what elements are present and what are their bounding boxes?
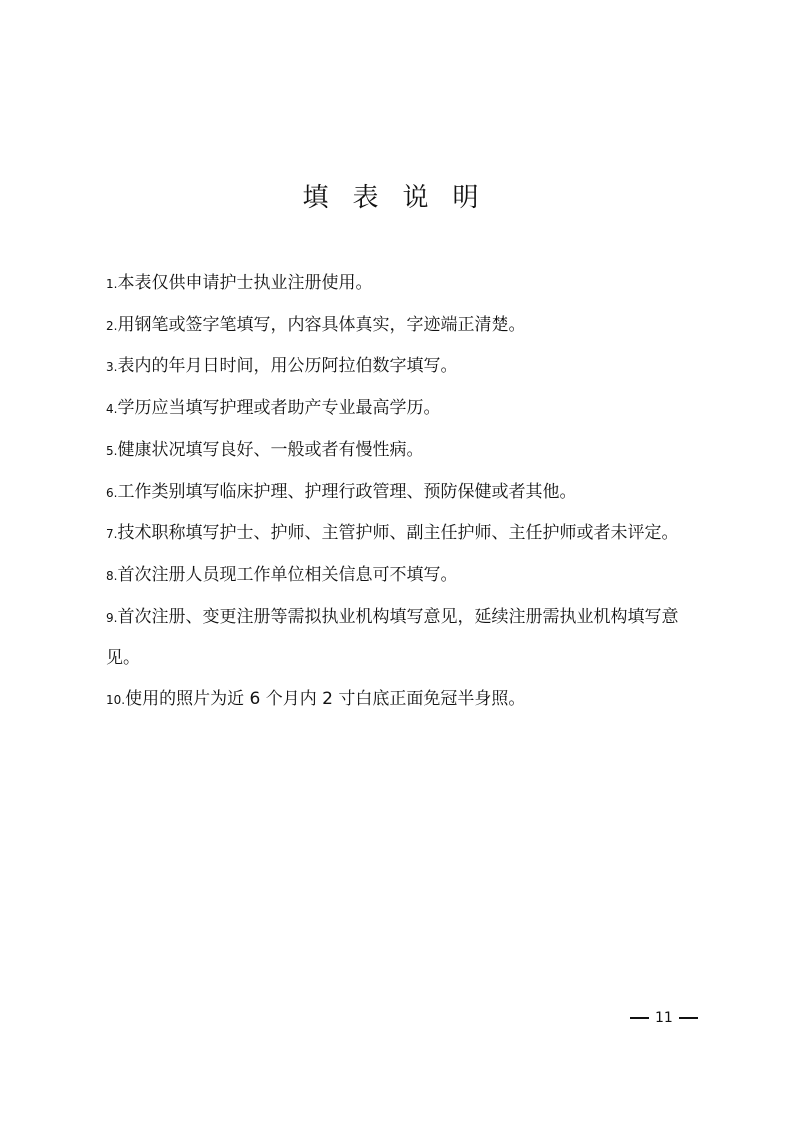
item-number: 9. [106, 611, 117, 625]
list-item: 2.用钢笔或签字笔填写，内容具体真实，字迹端正清楚。 [106, 305, 706, 347]
page-number: 11 [655, 1010, 673, 1026]
item-text: 技术职称填写护士、护师、主管护师、副主任护师、主任护师或者未评定。 [117, 523, 678, 543]
item-number: 6. [106, 486, 117, 500]
instructions-list: 1.本表仅供申请护士执业注册使用。 2.用钢笔或签字笔填写，内容具体真实，字迹端… [106, 263, 706, 721]
list-item: 1.本表仅供申请护士执业注册使用。 [106, 263, 706, 305]
list-item: 9.首次注册、变更注册等需拟执业机构填写意见，延续注册需执业机构填写意见。 [106, 597, 706, 679]
dash-right [679, 1017, 698, 1019]
item-number: 5. [106, 444, 117, 458]
item-number: 8. [106, 569, 117, 583]
list-item: 5.健康状况填写良好、一般或者有慢性病。 [106, 430, 706, 472]
item-text: 首次注册、变更注册等需拟执业机构填写意见，延续注册需执业机构填写意见。 [106, 607, 678, 669]
list-item: 8.首次注册人员现工作单位相关信息可不填写。 [106, 555, 706, 597]
item-text: 表内的年月日时间，用公历阿拉伯数字填写。 [117, 356, 457, 376]
dash-left [630, 1017, 649, 1019]
item-text: 工作类别填写临床护理、护理行政管理、预防保健或者其他。 [117, 482, 576, 502]
page-footer: 11 [624, 1008, 704, 1028]
item-number: 4. [106, 402, 117, 416]
item-number: 2. [106, 319, 117, 333]
page-title: 填表说明 [0, 178, 793, 218]
item-text: 首次注册人员现工作单位相关信息可不填写。 [117, 565, 457, 585]
item-text: 用钢笔或签字笔填写，内容具体真实，字迹端正清楚。 [117, 315, 525, 335]
item-number: 10. [106, 693, 125, 707]
item-text: 使用的照片为近 6 个月内 2 寸白底正面免冠半身照。 [125, 689, 525, 709]
list-item: 4.学历应当填写护理或者助产专业最高学历。 [106, 388, 706, 430]
item-text: 健康状况填写良好、一般或者有慢性病。 [117, 440, 423, 460]
item-number: 3. [106, 360, 117, 374]
item-number: 1. [106, 277, 117, 291]
item-text: 本表仅供申请护士执业注册使用。 [117, 273, 372, 293]
list-item: 7.技术职称填写护士、护师、主管护师、副主任护师、主任护师或者未评定。 [106, 513, 706, 555]
item-text: 学历应当填写护理或者助产专业最高学历。 [117, 398, 440, 418]
list-item: 10.使用的照片为近 6 个月内 2 寸白底正面免冠半身照。 [106, 679, 706, 721]
list-item: 6.工作类别填写临床护理、护理行政管理、预防保健或者其他。 [106, 472, 706, 514]
item-number: 7. [106, 527, 117, 541]
list-item: 3.表内的年月日时间，用公历阿拉伯数字填写。 [106, 346, 706, 388]
